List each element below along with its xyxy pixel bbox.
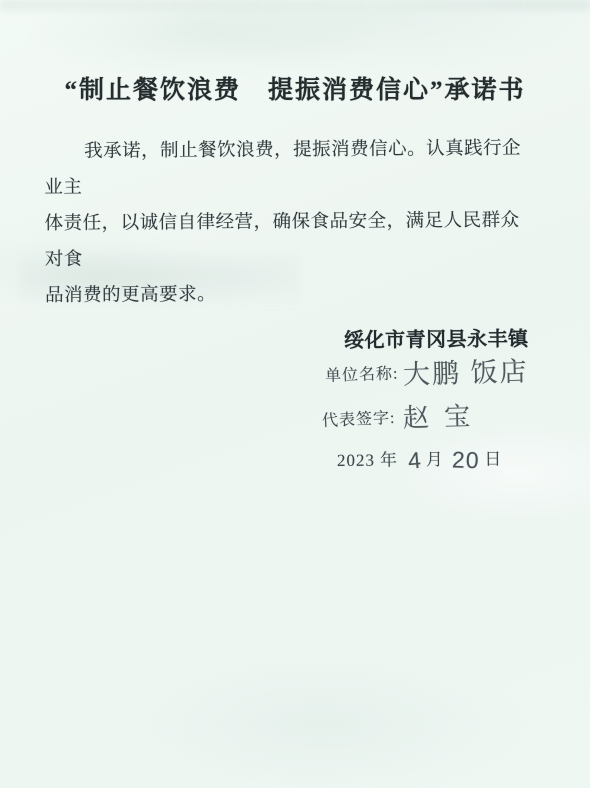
date-year: 2023 [337,451,375,470]
date-year-label: 年 [380,450,398,469]
date-month-handwritten: 4 [407,447,422,475]
paper-stain-band [0,0,590,10]
date-month-label: 月 [426,450,444,469]
document-title: “制止餐饮浪费 提振消费信心”承诺书 [0,70,590,106]
representative-signature-label: 代表签字: [322,410,396,430]
organization-name: 绥化市青冈县永丰镇 [344,322,529,353]
pledge-paragraph-line-1: 我承诺，制止餐饮浪费，提振消费信心。认真践行企业主 [44,131,528,206]
scanned-document-page: “制止餐饮浪费 提振消费信心”承诺书 我承诺，制止餐饮浪费，提振消费信心。认真践… [0,0,590,788]
pledge-paragraph-line-2: 体责任，以诚信自律经营，确保食品安全，满足人民群众对食 [45,203,529,278]
representative-signature-row: 代表签字:赵 宝 [321,395,475,439]
unit-name-handwritten: 大鹏 饭店 [403,349,529,391]
date-day-handwritten: 20 [451,447,479,475]
unit-name-row: 单位名称:大鹏 饭店 [324,349,529,395]
pledge-paragraph-line-3: 品消费的更高要求。 [45,275,529,314]
representative-signature-handwritten: 赵 宝 [403,396,475,435]
date-day-label: 日 [484,450,502,469]
unit-name-label: 单位名称: [325,365,399,385]
signature-block: 绥化市青冈县永丰镇 单位名称:大鹏 饭店 代表签字:赵 宝 2023年4月20日 [0,0,590,788]
date-line: 2023年4月20日 [337,445,507,475]
pledge-paragraph: 我承诺，制止餐饮浪费，提振消费信心。认真践行企业主 体责任，以诚信自律经营，确保… [44,131,529,314]
